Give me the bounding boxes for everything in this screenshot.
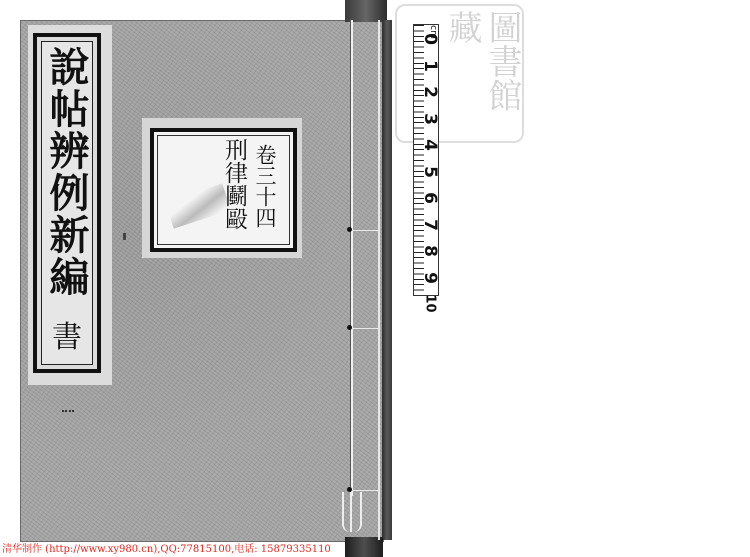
label-volume: 卷三十四 bbox=[253, 144, 277, 228]
title-frame: 說帖辨例新編 書 bbox=[33, 33, 101, 373]
binding-stitch bbox=[350, 230, 380, 231]
ruler-number: 6 bbox=[420, 191, 440, 205]
binding-stitch bbox=[350, 328, 380, 329]
spine-edge bbox=[382, 20, 392, 540]
binding-tassel bbox=[342, 492, 362, 532]
ruler-number: 4 bbox=[420, 138, 440, 152]
title-frame-inner: 說帖辨例新編 書 bbox=[41, 41, 93, 365]
ruler-number: 10 bbox=[423, 295, 438, 309]
title-volume-mark: 書 bbox=[42, 312, 92, 356]
binding-stitch bbox=[350, 490, 380, 491]
ruler-number: 3 bbox=[420, 112, 440, 126]
ink-marks bbox=[62, 410, 74, 415]
binding-knot bbox=[347, 227, 352, 232]
ruler-number: 1 bbox=[420, 59, 440, 73]
label-section: 刑律鬬毆 bbox=[221, 138, 247, 230]
label-frame: 卷三十四 刑律鬬毆 bbox=[150, 128, 297, 252]
ruler-number: 8 bbox=[420, 244, 440, 258]
ruler-number: 7 bbox=[420, 218, 440, 232]
book-title: 說帖辨例新編 bbox=[42, 46, 92, 298]
scale-ruler: cm 012345678910 bbox=[413, 24, 439, 296]
binding-thread-outer bbox=[378, 20, 380, 540]
watermark: 清华制作 (http://www.xy980.cn),QQ:77815100,电… bbox=[2, 540, 331, 555]
ruler-number: 2 bbox=[420, 85, 440, 99]
binding-knot bbox=[347, 325, 352, 330]
spine-top bbox=[345, 0, 387, 22]
ruler-number: 0 bbox=[420, 32, 440, 46]
cover-mark bbox=[123, 233, 126, 240]
binding-thread bbox=[350, 20, 353, 496]
spine-bottom bbox=[345, 537, 383, 557]
label-frame-inner: 卷三十四 刑律鬬毆 bbox=[157, 135, 290, 245]
ruler-number: 5 bbox=[420, 165, 440, 179]
ruler-number: 9 bbox=[420, 271, 440, 285]
